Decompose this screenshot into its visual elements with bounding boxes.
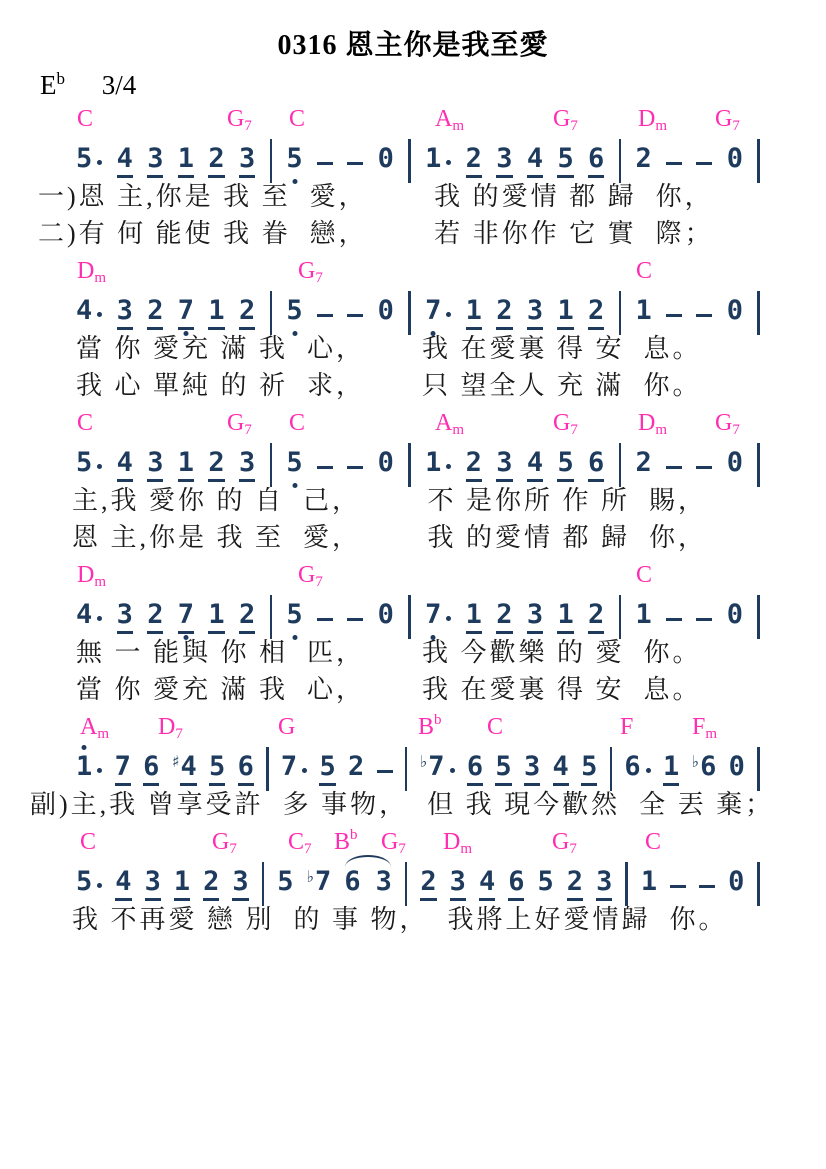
barline bbox=[270, 595, 273, 639]
note-token: 1 bbox=[76, 753, 102, 786]
system-1: CG7CAmG7DmG75431235012345620一)恩 主,你是 我 至… bbox=[0, 100, 826, 252]
note-digit: 5 bbox=[538, 868, 554, 901]
lyric-line: 無 一 能與 你 相 匹， 我 今歡樂 的 愛 你。 bbox=[0, 634, 826, 671]
augmentation-dot bbox=[446, 312, 451, 317]
rest-token: 0 bbox=[729, 753, 745, 786]
note-token: 2 bbox=[239, 297, 255, 330]
chord-row: AmD7GBbCFFm bbox=[0, 708, 826, 740]
low-octave-dot bbox=[292, 635, 297, 640]
note-token: 2 bbox=[208, 449, 224, 482]
augmentation-dot bbox=[446, 160, 451, 165]
note-token: 5 bbox=[319, 753, 335, 786]
chord-root: C bbox=[289, 410, 305, 436]
note-digit: 3 bbox=[496, 449, 512, 482]
key-signature-line: Eb 3/4 bbox=[40, 62, 826, 96]
note-digit: 0 bbox=[729, 753, 745, 786]
note-token: 2 bbox=[635, 449, 651, 482]
chord-root: G bbox=[715, 410, 732, 436]
note-digit: 3 bbox=[527, 601, 543, 634]
duration-dash bbox=[317, 618, 333, 622]
notation-line: 4327125071231210 bbox=[76, 284, 760, 330]
chord-row: CG7CAmG7DmG7 bbox=[0, 404, 826, 436]
note-token: 2 bbox=[239, 601, 255, 634]
note-digit: 5 bbox=[557, 449, 573, 482]
chord-root: G bbox=[278, 714, 295, 740]
note-digit: 5 bbox=[76, 145, 92, 178]
chord-root: G bbox=[715, 106, 732, 132]
duration-dash bbox=[666, 162, 682, 166]
barline bbox=[405, 862, 408, 906]
note-token: 7 bbox=[115, 753, 131, 786]
note-digit: 4 bbox=[180, 753, 196, 786]
duration-dash bbox=[347, 314, 363, 318]
chord-label: F bbox=[620, 714, 633, 740]
note-digit: 5 bbox=[76, 449, 92, 482]
note-digit: 0 bbox=[727, 449, 743, 482]
chord-label: Am bbox=[80, 714, 109, 740]
chord-root: C bbox=[289, 106, 305, 132]
note-token: 2 bbox=[147, 297, 163, 330]
barline bbox=[405, 747, 408, 791]
note-digit: 5 bbox=[581, 753, 597, 786]
note-digit: 3 bbox=[147, 449, 163, 482]
chord-label: Dm bbox=[638, 410, 667, 436]
note-digit: 3 bbox=[376, 868, 392, 901]
system-6: CG7C7BbG7DmG7C5431235♭763234652310我 不再愛 … bbox=[0, 823, 826, 938]
chord-label: Bb bbox=[418, 714, 442, 740]
note-digit: 1 bbox=[663, 753, 679, 786]
chord-root: A bbox=[435, 410, 452, 436]
note-token: 5 bbox=[277, 868, 293, 901]
note-token: 2 bbox=[635, 145, 651, 178]
note-token: 4 bbox=[527, 145, 543, 178]
high-octave-dot bbox=[82, 745, 87, 750]
duration-dash bbox=[696, 314, 712, 318]
note-token: 3 bbox=[232, 868, 248, 901]
duration-dash bbox=[699, 885, 715, 889]
note-digit: 2 bbox=[588, 601, 604, 634]
chord-label: G7 bbox=[298, 258, 323, 284]
duration-dash bbox=[347, 162, 363, 166]
note-digit: 7 bbox=[178, 601, 194, 634]
note-digit: 2 bbox=[420, 868, 436, 901]
chord-label: C bbox=[77, 410, 93, 436]
note-digit: 3 bbox=[117, 297, 133, 330]
note-token: 6 bbox=[588, 145, 604, 178]
note-token: 4 bbox=[527, 449, 543, 482]
note-token: 3 bbox=[145, 868, 161, 901]
note-digit: 3 bbox=[145, 868, 161, 901]
duration-dash bbox=[670, 885, 686, 889]
barline bbox=[619, 595, 622, 639]
note-token: 6 bbox=[467, 753, 483, 786]
note-token: 6 bbox=[624, 753, 650, 786]
chord-label: G bbox=[278, 714, 295, 740]
note-digit: 1 bbox=[425, 449, 441, 482]
note-token: 3 bbox=[147, 145, 163, 178]
note-token: 5 bbox=[286, 297, 302, 330]
flat-icon: ♭ bbox=[692, 754, 700, 770]
chord-label: Dm bbox=[443, 829, 472, 855]
note-token: 3 bbox=[527, 601, 543, 634]
note-digit: 0 bbox=[378, 601, 394, 634]
note-digit: 2 bbox=[348, 753, 364, 786]
note-digit: 5 bbox=[557, 145, 573, 178]
note-digit: 0 bbox=[378, 297, 394, 330]
note-digit: 1 bbox=[641, 868, 657, 901]
lyric-line: 副)主,我 曾享受許 多 事物， 但 我 現今歡然 全 丟 棄； bbox=[0, 786, 826, 823]
note-digit: 2 bbox=[567, 868, 583, 901]
note-token: 7 bbox=[281, 753, 307, 786]
rest-token: 0 bbox=[378, 601, 394, 634]
chord-root: C bbox=[636, 562, 652, 588]
note-digit: 6 bbox=[344, 868, 360, 901]
chord-label: G7 bbox=[553, 106, 578, 132]
notation-line: 5431235012345620 bbox=[76, 132, 760, 178]
chord-label: Bb bbox=[334, 829, 358, 855]
note-digit: 1 bbox=[208, 601, 224, 634]
barline bbox=[610, 747, 613, 791]
note-token: 1 bbox=[557, 601, 573, 634]
chord-root: G bbox=[298, 562, 315, 588]
note-digit: 3 bbox=[117, 601, 133, 634]
barline bbox=[757, 443, 760, 487]
note-digit: 2 bbox=[466, 449, 482, 482]
augmentation-dot bbox=[302, 768, 307, 773]
augmentation-dot bbox=[97, 312, 102, 317]
augmentation-dot bbox=[446, 616, 451, 621]
chord-label: C bbox=[636, 562, 652, 588]
barline bbox=[262, 862, 265, 906]
key-name: Eb bbox=[40, 70, 65, 100]
note-digit: 6 bbox=[467, 753, 483, 786]
sharp-icon: ♯ bbox=[172, 754, 180, 770]
barline bbox=[270, 139, 273, 183]
note-token: 5 bbox=[76, 145, 102, 178]
note-token: 1 bbox=[663, 753, 679, 786]
note-digit: 4 bbox=[115, 868, 131, 901]
note-digit: 2 bbox=[239, 297, 255, 330]
note-token: 2 bbox=[588, 601, 604, 634]
note-digit: 6 bbox=[700, 753, 716, 786]
barline bbox=[270, 443, 273, 487]
note-token: 3 bbox=[376, 868, 392, 901]
note-digit: 7 bbox=[428, 753, 444, 786]
note-digit: 5 bbox=[286, 145, 302, 178]
note-token: 1 bbox=[635, 601, 651, 634]
chord-row: CG7C7BbG7DmG7C bbox=[0, 823, 826, 855]
note-token: 5 bbox=[557, 449, 573, 482]
chord-root: D bbox=[158, 714, 175, 740]
note-token: 1 bbox=[208, 601, 224, 634]
note-token: 7 bbox=[425, 601, 451, 634]
augmentation-dot bbox=[97, 464, 102, 469]
chord-label: G7 bbox=[715, 410, 740, 436]
note-token: ♭7 bbox=[420, 753, 455, 786]
rest-token: 0 bbox=[727, 145, 743, 178]
chord-label: Dm bbox=[77, 562, 106, 588]
note-digit: 1 bbox=[635, 297, 651, 330]
augmentation-dot bbox=[97, 768, 102, 773]
chord-label: C bbox=[645, 829, 661, 855]
augmentation-dot bbox=[446, 464, 451, 469]
note-digit: 1 bbox=[557, 297, 573, 330]
chord-root: G bbox=[227, 106, 244, 132]
chord-label: G7 bbox=[298, 562, 323, 588]
chord-root: F bbox=[692, 714, 705, 740]
barline bbox=[757, 747, 760, 791]
note-token: 4 bbox=[117, 449, 133, 482]
note-digit: 5 bbox=[209, 753, 225, 786]
tied-note-group: 63 bbox=[344, 868, 392, 901]
rest-token: 0 bbox=[727, 297, 743, 330]
flat-icon: ♭ bbox=[420, 754, 428, 770]
lyric-line: 當 你 愛充 滿 我 心， 我 在愛裏 得 安 息。 bbox=[0, 671, 826, 708]
note-token: 5 bbox=[286, 601, 302, 634]
chord-row: DmG7C bbox=[0, 252, 826, 284]
note-token: 1 bbox=[174, 868, 190, 901]
note-digit: 7 bbox=[425, 297, 441, 330]
chord-label: C7 bbox=[288, 829, 312, 855]
chord-label: C bbox=[289, 410, 305, 436]
chord-root: G bbox=[227, 410, 244, 436]
lyric-line: 一)恩 主,你是 我 至 愛， 我 的愛情 都 歸 你， bbox=[0, 178, 826, 215]
note-digit: 5 bbox=[277, 868, 293, 901]
note-digit: 4 bbox=[527, 145, 543, 178]
barline bbox=[270, 291, 273, 335]
note-digit: 2 bbox=[496, 601, 512, 634]
barline bbox=[757, 139, 760, 183]
note-digit: 0 bbox=[727, 297, 743, 330]
note-digit: 4 bbox=[527, 449, 543, 482]
flat-letter: b bbox=[57, 69, 66, 88]
note-digit: 1 bbox=[174, 868, 190, 901]
chord-label: G7 bbox=[227, 410, 252, 436]
note-digit: 2 bbox=[203, 868, 219, 901]
note-digit: 1 bbox=[178, 449, 194, 482]
low-octave-dot bbox=[183, 331, 188, 336]
note-digit: 7 bbox=[281, 753, 297, 786]
chord-label: C bbox=[487, 714, 503, 740]
note-digit: 2 bbox=[208, 145, 224, 178]
chord-label: Am bbox=[435, 410, 464, 436]
note-digit: 5 bbox=[76, 868, 92, 901]
notation-line: 5431235012345620 bbox=[76, 436, 760, 482]
chord-root: D bbox=[638, 410, 655, 436]
note-token: 1 bbox=[208, 297, 224, 330]
note-digit: 4 bbox=[76, 297, 92, 330]
note-digit: 7 bbox=[315, 868, 331, 901]
lyric-line: 主,我 愛你 的 自 己， 不 是你所 作 所 賜， bbox=[0, 482, 826, 519]
chord-label: C bbox=[289, 106, 305, 132]
barline bbox=[408, 443, 411, 487]
note-digit: 3 bbox=[239, 145, 255, 178]
duration-dash bbox=[347, 466, 363, 470]
rest-token: 0 bbox=[727, 449, 743, 482]
chord-root: G bbox=[212, 829, 229, 855]
barline bbox=[408, 595, 411, 639]
note-token: ♭6 bbox=[692, 753, 717, 786]
notation-line: 5431235♭763234652310 bbox=[76, 855, 760, 901]
note-token: 2 bbox=[348, 753, 364, 786]
chord-root: C bbox=[645, 829, 661, 855]
note-token: 3 bbox=[596, 868, 612, 901]
note-token: 3 bbox=[117, 297, 133, 330]
note-digit: 2 bbox=[147, 601, 163, 634]
chord-flat: b bbox=[350, 827, 358, 843]
chord-label: Dm bbox=[77, 258, 106, 284]
barline bbox=[757, 291, 760, 335]
duration-dash bbox=[696, 618, 712, 622]
note-token: 3 bbox=[117, 601, 133, 634]
duration-dash bbox=[377, 770, 393, 774]
chord-root: C bbox=[636, 258, 652, 284]
note-token: 4 bbox=[479, 868, 495, 901]
note-digit: 1 bbox=[76, 753, 92, 786]
chord-root: D bbox=[77, 562, 94, 588]
note-digit: 1 bbox=[557, 601, 573, 634]
note-token: 2 bbox=[203, 868, 219, 901]
augmentation-dot bbox=[450, 768, 455, 773]
note-digit: 2 bbox=[208, 449, 224, 482]
note-digit: 2 bbox=[635, 145, 651, 178]
chord-root: A bbox=[435, 106, 452, 132]
note-digit: 3 bbox=[596, 868, 612, 901]
note-token: 3 bbox=[450, 868, 466, 901]
note-digit: 5 bbox=[319, 753, 335, 786]
lyric-line: 我 不再愛 戀 別 的 事 物， 我將上好愛情歸 你。 bbox=[0, 901, 826, 938]
rest-token: 0 bbox=[728, 868, 744, 901]
note-token: 4 bbox=[76, 601, 102, 634]
note-token: 1 bbox=[466, 297, 482, 330]
chord-root: A bbox=[80, 714, 97, 740]
note-digit: 3 bbox=[239, 449, 255, 482]
system-3: CG7CAmG7DmG75431235012345620主,我 愛你 的 自 己… bbox=[0, 404, 826, 556]
barline bbox=[619, 291, 622, 335]
chord-label: G7 bbox=[212, 829, 237, 855]
low-octave-dot bbox=[292, 179, 297, 184]
note-digit: 1 bbox=[466, 297, 482, 330]
note-digit: 5 bbox=[286, 297, 302, 330]
note-digit: 1 bbox=[466, 601, 482, 634]
augmentation-dot bbox=[97, 160, 102, 165]
note-token: 6 bbox=[508, 868, 524, 901]
note-token: 1 bbox=[425, 145, 451, 178]
chord-label: C bbox=[636, 258, 652, 284]
system-2: DmG7C4327125071231210當 你 愛充 滿 我 心， 我 在愛裏… bbox=[0, 252, 826, 404]
note-digit: 4 bbox=[553, 753, 569, 786]
note-digit: 7 bbox=[178, 297, 194, 330]
note-digit: 3 bbox=[232, 868, 248, 901]
note-token: 1 bbox=[635, 297, 651, 330]
note-digit: 1 bbox=[635, 601, 651, 634]
note-digit: 2 bbox=[239, 601, 255, 634]
note-token: 6 bbox=[238, 753, 254, 786]
note-digit: 4 bbox=[117, 145, 133, 178]
note-digit: 3 bbox=[524, 753, 540, 786]
chord-label: Am bbox=[435, 106, 464, 132]
flat-icon: ♭ bbox=[306, 869, 314, 885]
barline bbox=[266, 747, 269, 791]
low-octave-dot bbox=[431, 635, 436, 640]
system-5: AmD7GBbCFFm176♯456752♭76534561♭60副)主,我 曾… bbox=[0, 708, 826, 823]
note-digit: 3 bbox=[450, 868, 466, 901]
duration-dash bbox=[317, 162, 333, 166]
note-token: 2 bbox=[496, 601, 512, 634]
chord-label: Dm bbox=[638, 106, 667, 132]
note-token: 5 bbox=[538, 868, 554, 901]
chord-root: G bbox=[298, 258, 315, 284]
barline bbox=[619, 139, 622, 183]
note-token: 5 bbox=[76, 449, 102, 482]
note-digit: 5 bbox=[286, 449, 302, 482]
note-digit: 1 bbox=[208, 297, 224, 330]
note-digit: 6 bbox=[508, 868, 524, 901]
duration-dash bbox=[317, 466, 333, 470]
barline bbox=[757, 595, 760, 639]
chord-root: F bbox=[620, 714, 633, 740]
note-digit: 0 bbox=[727, 601, 743, 634]
barline bbox=[408, 139, 411, 183]
note-token: 3 bbox=[527, 297, 543, 330]
chord-root: G bbox=[553, 410, 570, 436]
note-token: 4 bbox=[117, 145, 133, 178]
notation-line: 176♯456752♭76534561♭60 bbox=[76, 740, 760, 786]
barline bbox=[408, 291, 411, 335]
note-digit: 2 bbox=[466, 145, 482, 178]
chord-root: D bbox=[638, 106, 655, 132]
note-digit: 2 bbox=[635, 449, 651, 482]
note-token: 5 bbox=[209, 753, 225, 786]
note-digit: 6 bbox=[143, 753, 159, 786]
chord-root: B bbox=[334, 829, 350, 855]
chord-label: Fm bbox=[692, 714, 717, 740]
chord-label: G7 bbox=[553, 410, 578, 436]
note-digit: 2 bbox=[147, 297, 163, 330]
chord-label: D7 bbox=[158, 714, 183, 740]
duration-dash bbox=[317, 314, 333, 318]
note-digit: 6 bbox=[238, 753, 254, 786]
note-token: 2 bbox=[466, 145, 482, 178]
note-digit: 2 bbox=[588, 297, 604, 330]
note-digit: 0 bbox=[728, 868, 744, 901]
duration-dash bbox=[666, 466, 682, 470]
lyric-line: 當 你 愛充 滿 我 心， 我 在愛裏 得 安 息。 bbox=[0, 330, 826, 367]
chord-root: G bbox=[381, 829, 398, 855]
chord-label: C bbox=[77, 106, 93, 132]
notation-line: 4327125071231210 bbox=[76, 588, 760, 634]
rest-token: 0 bbox=[378, 297, 394, 330]
note-digit: 3 bbox=[527, 297, 543, 330]
rest-token: 0 bbox=[378, 145, 394, 178]
note-token: 5 bbox=[286, 145, 302, 178]
chord-root: G bbox=[553, 106, 570, 132]
barline bbox=[619, 443, 622, 487]
note-token: 5 bbox=[76, 868, 102, 901]
time-signature: 3/4 bbox=[102, 70, 137, 100]
note-digit: 5 bbox=[495, 753, 511, 786]
note-token: 5 bbox=[557, 145, 573, 178]
note-token: 2 bbox=[496, 297, 512, 330]
note-token: 2 bbox=[466, 449, 482, 482]
note-digit: 1 bbox=[425, 145, 441, 178]
note-token: 3 bbox=[496, 145, 512, 178]
note-digit: 6 bbox=[588, 449, 604, 482]
low-octave-dot bbox=[292, 331, 297, 336]
note-token: 5 bbox=[581, 753, 597, 786]
note-token: 6 bbox=[143, 753, 159, 786]
lyric-line: 恩 主,你是 我 至 愛， 我 的愛情 都 歸 你， bbox=[0, 519, 826, 556]
